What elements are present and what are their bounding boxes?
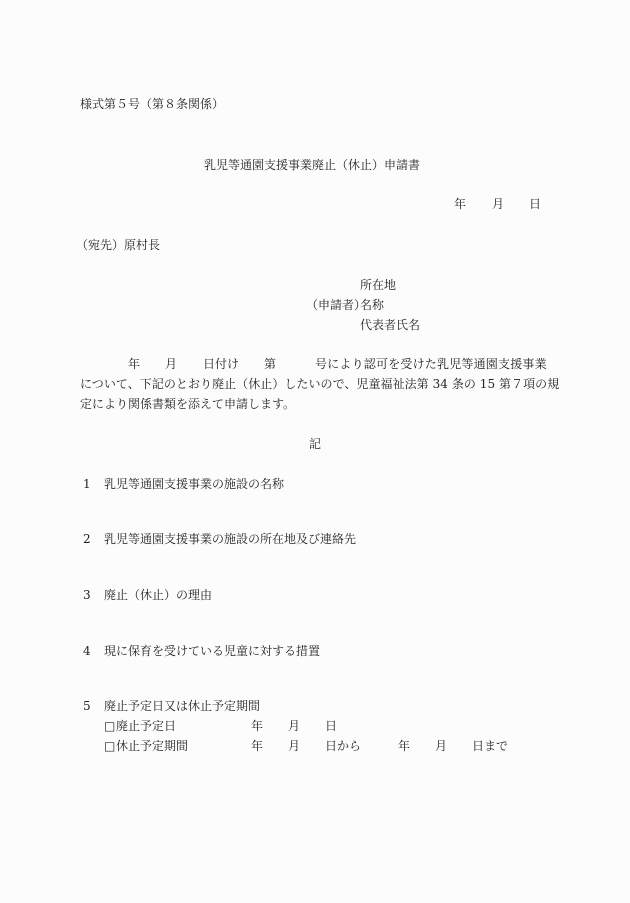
- document-title: 乳児等通園支援事業廃止（休止）申請書: [204, 159, 420, 171]
- ki-heading: 記: [309, 438, 321, 450]
- abolition-label: 廃止予定日: [116, 720, 176, 732]
- item-number: 3: [83, 589, 91, 601]
- date-month-label: 月: [492, 198, 504, 210]
- abolition-year-label: 年: [251, 720, 263, 732]
- body-line-1-rest: 号により認可を受けた乳児等通園支援事業: [315, 358, 547, 370]
- suspension-year-label: 年: [251, 740, 263, 752]
- suspension-label: 休止予定期間: [116, 740, 188, 752]
- abolition-month-label: 月: [288, 720, 300, 732]
- suspension-month2-label: 月: [435, 740, 447, 752]
- item-label: 現に保育を受けている児童に対する措置: [104, 645, 320, 657]
- addressee: （宛先）原村長: [76, 239, 160, 251]
- body-month-label: 月: [165, 358, 177, 370]
- suspension-year2-label: 年: [398, 740, 410, 752]
- suspension-until-label: 日まで: [472, 740, 508, 752]
- item-label: 乳児等通園支援事業の施設の名称: [104, 478, 284, 490]
- applicant-name-label: 名称: [360, 299, 384, 311]
- body-year-label: 年: [128, 358, 140, 370]
- abolition-day-label: 日: [325, 720, 337, 732]
- item-number: 4: [83, 645, 91, 657]
- item-label: 乳児等通園支援事業の施設の所在地及び連絡先: [104, 533, 356, 545]
- item-label: 廃止（休止）の理由: [104, 589, 212, 601]
- body-day-label: 日付け: [203, 358, 239, 370]
- item-label: 廃止予定日又は休止予定期間: [104, 700, 260, 712]
- body-line-3: 定により関係書類を添えて申請します。: [80, 398, 295, 410]
- applicant-address-label: 所在地: [360, 279, 396, 291]
- date-year-label: 年: [454, 198, 466, 210]
- form-number: 様式第５号（第８条関係）: [80, 98, 224, 110]
- item-number: 5: [83, 700, 91, 712]
- abolition-checkbox[interactable]: □: [104, 720, 115, 732]
- suspension-checkbox[interactable]: □: [104, 740, 115, 752]
- body-no-prefix: 第: [264, 358, 276, 370]
- applicant-label: （申請者）: [306, 299, 366, 311]
- body-line-2: について、下記のとおり廃止（休止）したいので、児童福祉法第 34 条の 15 第…: [80, 378, 559, 390]
- date-day-label: 日: [529, 198, 541, 210]
- suspension-month-label: 月: [288, 740, 300, 752]
- suspension-from-label: 日から: [325, 740, 361, 752]
- item-number: 2: [83, 533, 91, 545]
- item-number: 1: [83, 478, 91, 490]
- applicant-representative-label: 代表者氏名: [360, 319, 420, 331]
